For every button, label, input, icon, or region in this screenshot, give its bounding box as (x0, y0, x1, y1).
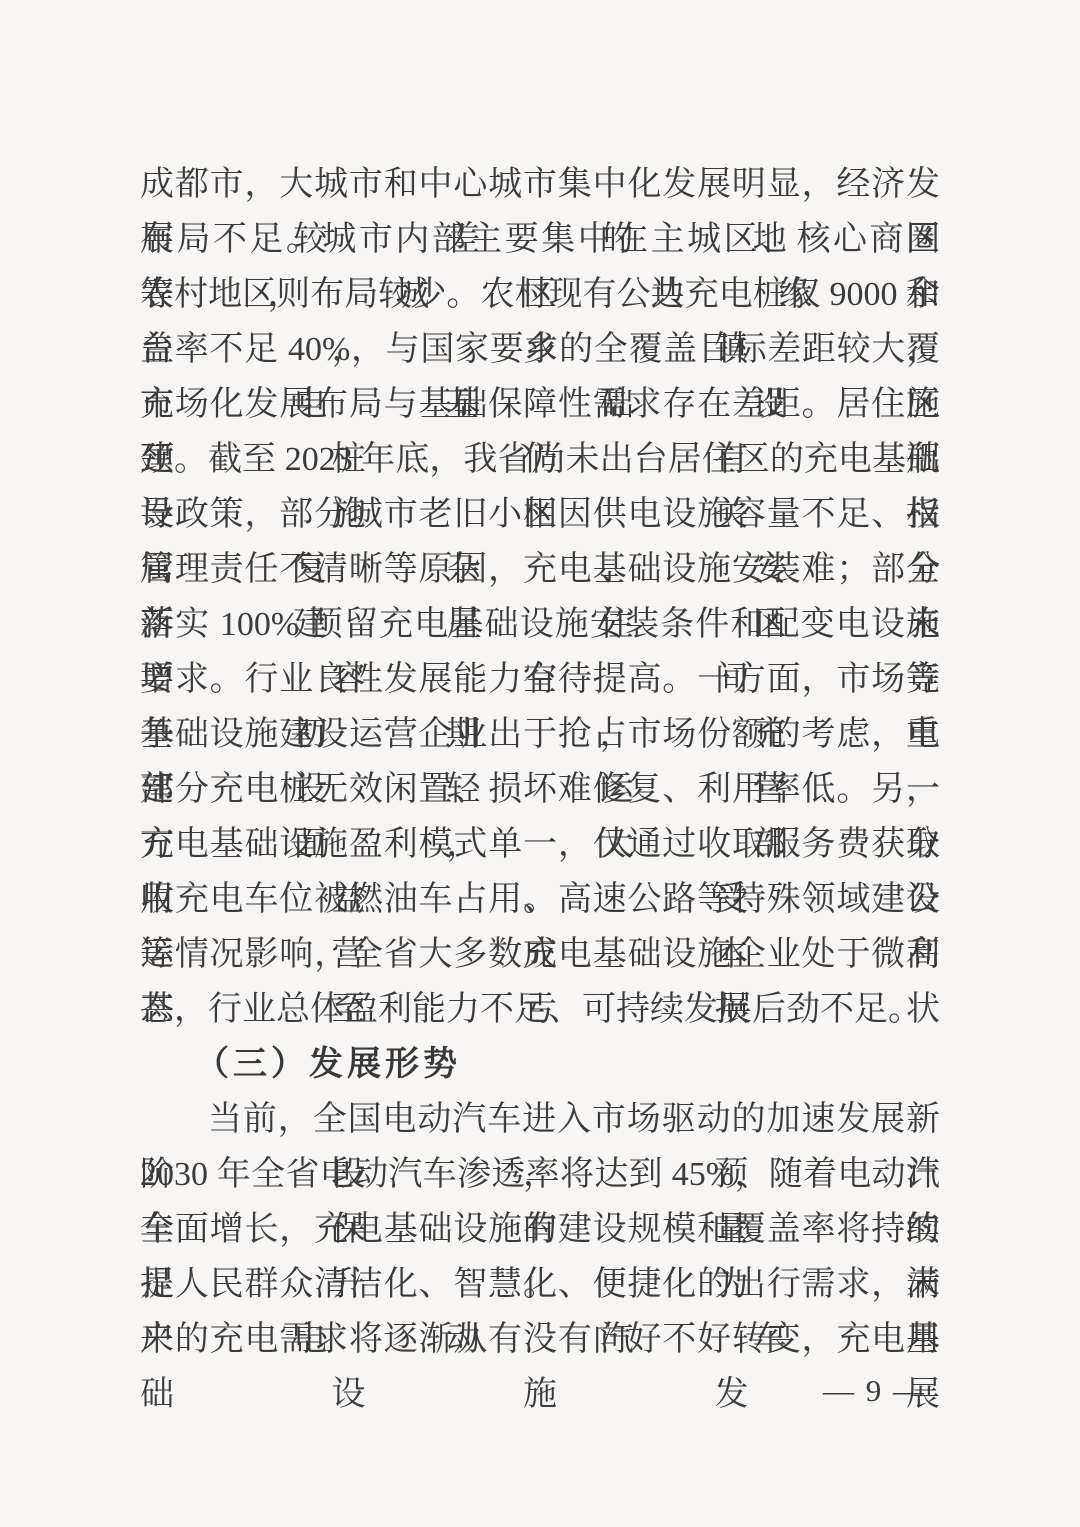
text-line: 全面增长，充电基础设施的建设规模和覆盖率将持续提升。为满 (140, 1202, 940, 1257)
text-line: 落实 100% 预留充电基础设施安装条件和配变电设施增容空间等 (140, 597, 940, 652)
text-line: 管理责任不清晰等原因，充电基础设施安装难；部分新建居住区未 (140, 542, 940, 597)
text-line: 态，行业总体盈利能力不足、可持续发展后劲不足。 (140, 982, 940, 1037)
text-line: 农村地区则布局较少。农村现有公共充电桩仅 9000 余台，乡镇覆 (140, 267, 940, 322)
section-heading: （三）发展形势 (140, 1037, 940, 1092)
text-line: 导政策，部分城市老旧小区因供电设施容量不足、权属复杂、安全 (140, 487, 940, 542)
text-line: 盖率不足 40%，与国家要求的全覆盖目标差距较大，充电基础设施 (140, 322, 940, 377)
text-line: 布局不足。城市内部主要集中在主城区、核心商圈等，城区边缘和 (140, 212, 940, 267)
text-line: 当前，全国电动汽车进入市场驱动的加速发展新阶段，预计 (140, 1092, 940, 1147)
text-line: 足人民群众清洁化、智慧化、便捷化的出行需求，未来电动汽车用 (140, 1257, 940, 1312)
text-line: 要求。行业良性发展能力有待提高。一方面，市场竞争初期，充电 (140, 652, 940, 707)
text-line: 等情况影响，全省大多数充电基础设施企业处于微利甚至亏损状 (140, 927, 940, 982)
document-page: 成都市，大城市和中心城市集中化发展明显，经济发展较差的地区 布局不足。城市内部主… (0, 0, 1080, 1527)
text-line: 市场化发展布局与基础保障性需求存在差距。居住区建桩仍有瓶 (140, 377, 940, 432)
paragraph-continuation: 成都市，大城市和中心城市集中化发展明显，经济发展较差的地区 布局不足。城市内部主… (140, 157, 940, 1037)
text-line: 部分充电桩无效闲置、损坏难修复、利用率低。另一方面，大部分 (140, 762, 940, 817)
text-line: 2030 年全省电动汽车渗透率将达到 45%，随着电动汽车保有量的 (140, 1147, 940, 1202)
text-line: 户的充电需求将逐渐从有没有向好不好转变，充电基础设施发展 (140, 1312, 940, 1367)
paragraph-development-outlook: 当前，全国电动汽车进入市场驱动的加速发展新阶段，预计 2030 年全省电动汽车渗… (140, 1092, 940, 1367)
text-line: 用充电车位被燃油车占用、高速公路等特殊领域建设运营成本高 (140, 872, 940, 927)
text-line: 颈。截至 2023 年底，我省尚未出台居住区的充电基础设施相关指 (140, 432, 940, 487)
text-line: 充电基础设施盈利模式单一，仅通过收取服务费获取收益。受公 (140, 817, 940, 872)
text-line: 基础设施建设运营企业出于抢占市场份额的考虑，重建设轻运营， (140, 707, 940, 762)
text-line: 成都市，大城市和中心城市集中化发展明显，经济发展较差的地区 (140, 157, 940, 212)
